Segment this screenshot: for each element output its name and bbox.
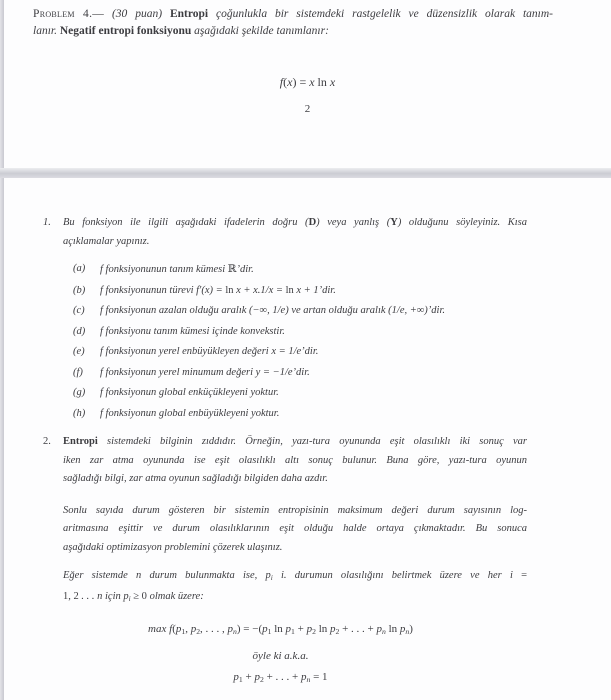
text-run: ln (225, 285, 233, 296)
text-run: ’dir. (236, 264, 253, 275)
item-number: 1. (43, 214, 51, 233)
text-run: iken zar atma oyununda ise eşit olasılık… (63, 455, 527, 466)
text-run: fonksiyonun global enküçükleyeni yoktur. (103, 387, 279, 398)
text-line: aşağıdaki optimizasyon problemini çözere… (63, 539, 527, 558)
text-run: y = −1/e (256, 367, 293, 378)
text-run: ’dir. (319, 285, 336, 296)
text-run: Eğer sistemde (63, 570, 136, 581)
statement-row: (g)f fonksiyonun global enküçükleyeni yo… (73, 383, 527, 404)
statement-label: (e) (73, 342, 85, 363)
text-run: (1/e, +∞) (388, 305, 428, 316)
text-run: ) = (292, 75, 309, 89)
statement-row: (c)f fonksiyonun azalan olduğu aralık (−… (73, 301, 527, 322)
text-run: fonksiyonun global enbüyükleyeni yoktur. (103, 408, 279, 419)
statement-label: (a) (73, 259, 85, 280)
text-run: = 1 (310, 671, 327, 683)
text-run: sistemdeki bilginin zıddıdır. Örneğin, y… (98, 436, 527, 447)
text-run: ) = −( (237, 623, 262, 635)
text-run: ve artan olduğu aralık (289, 305, 388, 316)
text-run: x (330, 75, 335, 89)
text-run: fonksiyonu tanım kümesi içinde konveksti… (103, 326, 285, 337)
statement-row: (a)f fonksiyonunun tanım kümesi ℝ’dir. (73, 259, 527, 281)
text-run: , . . . , (200, 623, 228, 635)
text-run: 1, 2 (63, 591, 81, 602)
text-run: (30 puan) (104, 8, 170, 20)
statement-label: (g) (73, 383, 85, 404)
text-run: x = 1/e (271, 346, 301, 357)
paragraph-sonlu: Sonlu sayıda durum gösteren bir sistemin… (63, 502, 527, 558)
text-run: fonksiyonun yerel minumum değeri (103, 367, 256, 378)
page-gutter (0, 168, 611, 178)
text-run: ’dir. (293, 367, 310, 378)
text-run: ln (386, 623, 400, 635)
text-run: aşağıdaki şekilde tanımlanır: (191, 25, 329, 37)
text-run: ) (409, 623, 413, 635)
text-run: x + x.1/x = (234, 285, 286, 296)
text-run: durum bulunmakta ise, (141, 570, 265, 581)
text-run: sağladığı bilgi, zar atma oyunun sağladı… (63, 473, 328, 484)
text-run: Entropi (63, 436, 98, 447)
text-run: ln (315, 75, 330, 89)
text-run: fonksiyonun yerel enbüyükleyen değeri (103, 346, 271, 357)
text-line: Eğer sistemde n durum bulunmakta ise, pi… (63, 567, 527, 588)
text-line: 1, 2 . . . n için pi ≥ 0 olmak üzere: (63, 588, 527, 609)
page-1: Problem 4.— (30 puan) Entropi çoğunlukla… (4, 0, 611, 168)
statement-label: (f) (73, 363, 83, 384)
text-run: f′(x) = (196, 285, 225, 296)
text-run: fonksiyonunun türevi (103, 285, 196, 296)
page-number: 2 (4, 103, 611, 115)
text-run: fonksiyonunun tanım kümesi (103, 264, 228, 275)
page-2: 1. Bu fonksiyon ile ilgili aşağıdaki ifa… (4, 178, 611, 700)
statement-row: (d)f fonksiyonu tanım kümesi içinde konv… (73, 322, 527, 343)
text-run: Entropi (170, 8, 208, 20)
text-run: = (513, 570, 527, 581)
text-run: Sonlu sayıda durum gösteren bir sistemin… (63, 505, 527, 516)
text-run: ln (271, 623, 285, 635)
text-run: + . . . + (264, 671, 301, 683)
statement-label: (d) (73, 322, 85, 343)
problem-heading: Problem 4.— (30 puan) Entropi çoğunlukla… (33, 6, 553, 39)
statement-label: (c) (73, 301, 85, 322)
text-run: açıklamalar yapınız. (63, 236, 149, 247)
statement-row: (h)f fonksiyonun global enbüyükleyeni yo… (73, 404, 527, 425)
statement-row: (f)f fonksiyonun yerel minumum değeri y … (73, 363, 527, 384)
text-run: ) olduğunu söyleyiniz. Kısa (398, 217, 527, 228)
heading-line: lanır. Negatif entropi fonksiyonu aşağıd… (33, 23, 553, 40)
text-run: ln (286, 285, 294, 296)
text-run: çoğunlukla bir sistemdeki rastgelelik ve… (208, 8, 553, 20)
text-run: + . . . + (339, 623, 376, 635)
text-run: ’dir. (301, 346, 318, 357)
statement-row: (b)f fonksiyonunun türevi f′(x) = ln x +… (73, 281, 527, 302)
text-line: Entropi sistemdeki bilginin zıddıdır. Ör… (63, 433, 527, 452)
question-1: 1. Bu fonksiyon ile ilgili aşağıdaki ifa… (43, 214, 527, 251)
text-run: ≥ 0 (131, 591, 147, 602)
formula-negative-entropy: f(x) = x ln x (4, 75, 611, 90)
text-run: olmak üzere: (147, 591, 204, 602)
text-run: ’dir. (428, 305, 445, 316)
formula-constraint: p1 + p2 + . . . + pn = 1 (4, 670, 557, 687)
text-run: Problem 4.— (33, 8, 104, 20)
text-line: Sonlu sayıda durum gösteren bir sistemin… (63, 502, 527, 521)
scanned-exam-document: { "colors": { "page_bg": "#fdfdfe", "gut… (0, 0, 611, 700)
heading-line: Problem 4.— (30 puan) Entropi çoğunlukla… (33, 6, 553, 23)
text-run: lanır. (33, 25, 60, 37)
text-run: . . . n (81, 591, 102, 602)
text-run: aşağıdaki optimizasyon problemini çözere… (63, 542, 282, 553)
statement-label: (h) (73, 404, 85, 425)
statement-row: (e)f fonksiyonun yerel enbüyükleyen değe… (73, 342, 527, 363)
text-run: için (102, 591, 123, 602)
statement-label: (b) (73, 281, 85, 302)
text-run: Y (390, 217, 398, 228)
text-line: iken zar atma oyununda ise eşit olasılık… (63, 452, 527, 471)
text-run (273, 570, 281, 581)
item-number: 2. (43, 433, 51, 452)
text-run: x + 1 (294, 285, 319, 296)
text-run: öyle ki a.k.a. (253, 650, 309, 662)
text-run: + (295, 623, 307, 635)
text-run: max f (148, 623, 172, 635)
text-run: ln (316, 623, 330, 635)
text-run: . durumun olasılığını belirtmek üzere ve… (284, 570, 510, 581)
text-run: + (243, 671, 255, 683)
text-run: Bu fonksiyon ile ilgili aşağıdaki ifadel… (63, 217, 309, 228)
subject-to-label: öyle ki a.k.a. (4, 649, 557, 663)
text-line: aritmasına eşittir ve durum olasılıkları… (63, 520, 527, 539)
question-2: 2. Entropi sistemdeki bilginin zıddıdır.… (43, 433, 527, 489)
text-run: aritmasına eşittir ve durum olasılıkları… (63, 523, 527, 534)
text-run: fonksiyonun azalan olduğu aralık (103, 305, 249, 316)
text-line: sağladığı bilgi, zar atma oyunun sağladı… (63, 470, 527, 489)
text-run: (−∞, 1/e) (249, 305, 289, 316)
statement-list: (a)f fonksiyonunun tanım kümesi ℝ’dir.(b… (73, 259, 527, 424)
paragraph-eger: Eğer sistemde n durum bulunmakta ise, pi… (63, 567, 527, 608)
text-run: ) veya yanlış ( (316, 217, 390, 228)
text-line: açıklamalar yapınız. (63, 233, 527, 252)
formula-max-entropy: max f(p1, p2, . . . , pn) = −(p1 ln p1 +… (4, 621, 557, 640)
text-line: Bu fonksiyon ile ilgili aşağıdaki ifadel… (63, 214, 527, 233)
text-run: Negatif entropi fonksiyonu (60, 25, 191, 37)
